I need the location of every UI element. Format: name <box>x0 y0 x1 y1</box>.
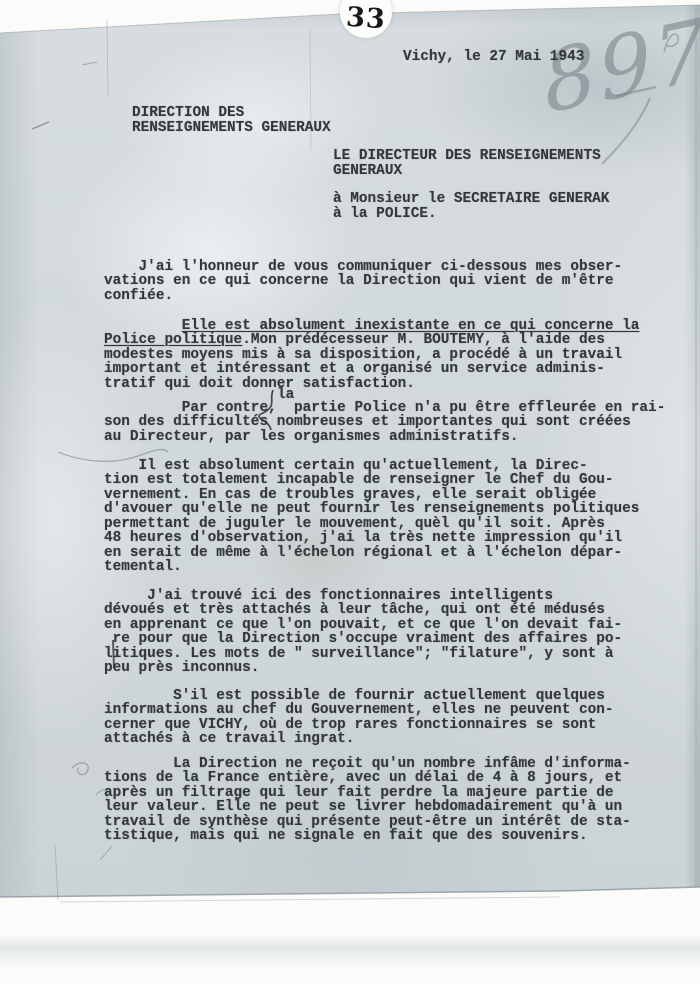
sender-block: DIRECTION DES RENSEIGNEMENTS GENERAUX <box>132 106 331 136</box>
paragraph-7: La Direction ne reçoit qu'un nombre infâ… <box>104 757 631 844</box>
recipient-title: LE DIRECTEUR DES RENSEIGNEMENTS GENERAUX <box>333 149 601 179</box>
paragraph-5: J'ai trouvé ici des fonctionnaires intel… <box>104 589 622 676</box>
page-number: 33 <box>345 4 387 40</box>
scanner-background-band <box>0 934 700 968</box>
paragraph-2: Elle est absolument inexistante en ce qu… <box>104 319 639 391</box>
paragraph-6: S'il est possible de fournir actuellemen… <box>104 689 614 747</box>
paragraph-1: J'ai l'honneur de vous communiquer ci-de… <box>104 260 622 303</box>
salutation-block: à Monsieur le SECRETAIRE GENERAK à la PO… <box>333 192 609 222</box>
paragraph-4: Il est absolument certain qu'actuellemen… <box>104 459 639 575</box>
page-number-tab: 33 <box>340 0 392 38</box>
page-bottom-edge-double <box>60 897 560 902</box>
paragraph-3: Par contre, partie Police n'a pu être ef… <box>104 401 665 444</box>
date-line: Vichy, le 27 Mai 1943 <box>403 50 584 65</box>
